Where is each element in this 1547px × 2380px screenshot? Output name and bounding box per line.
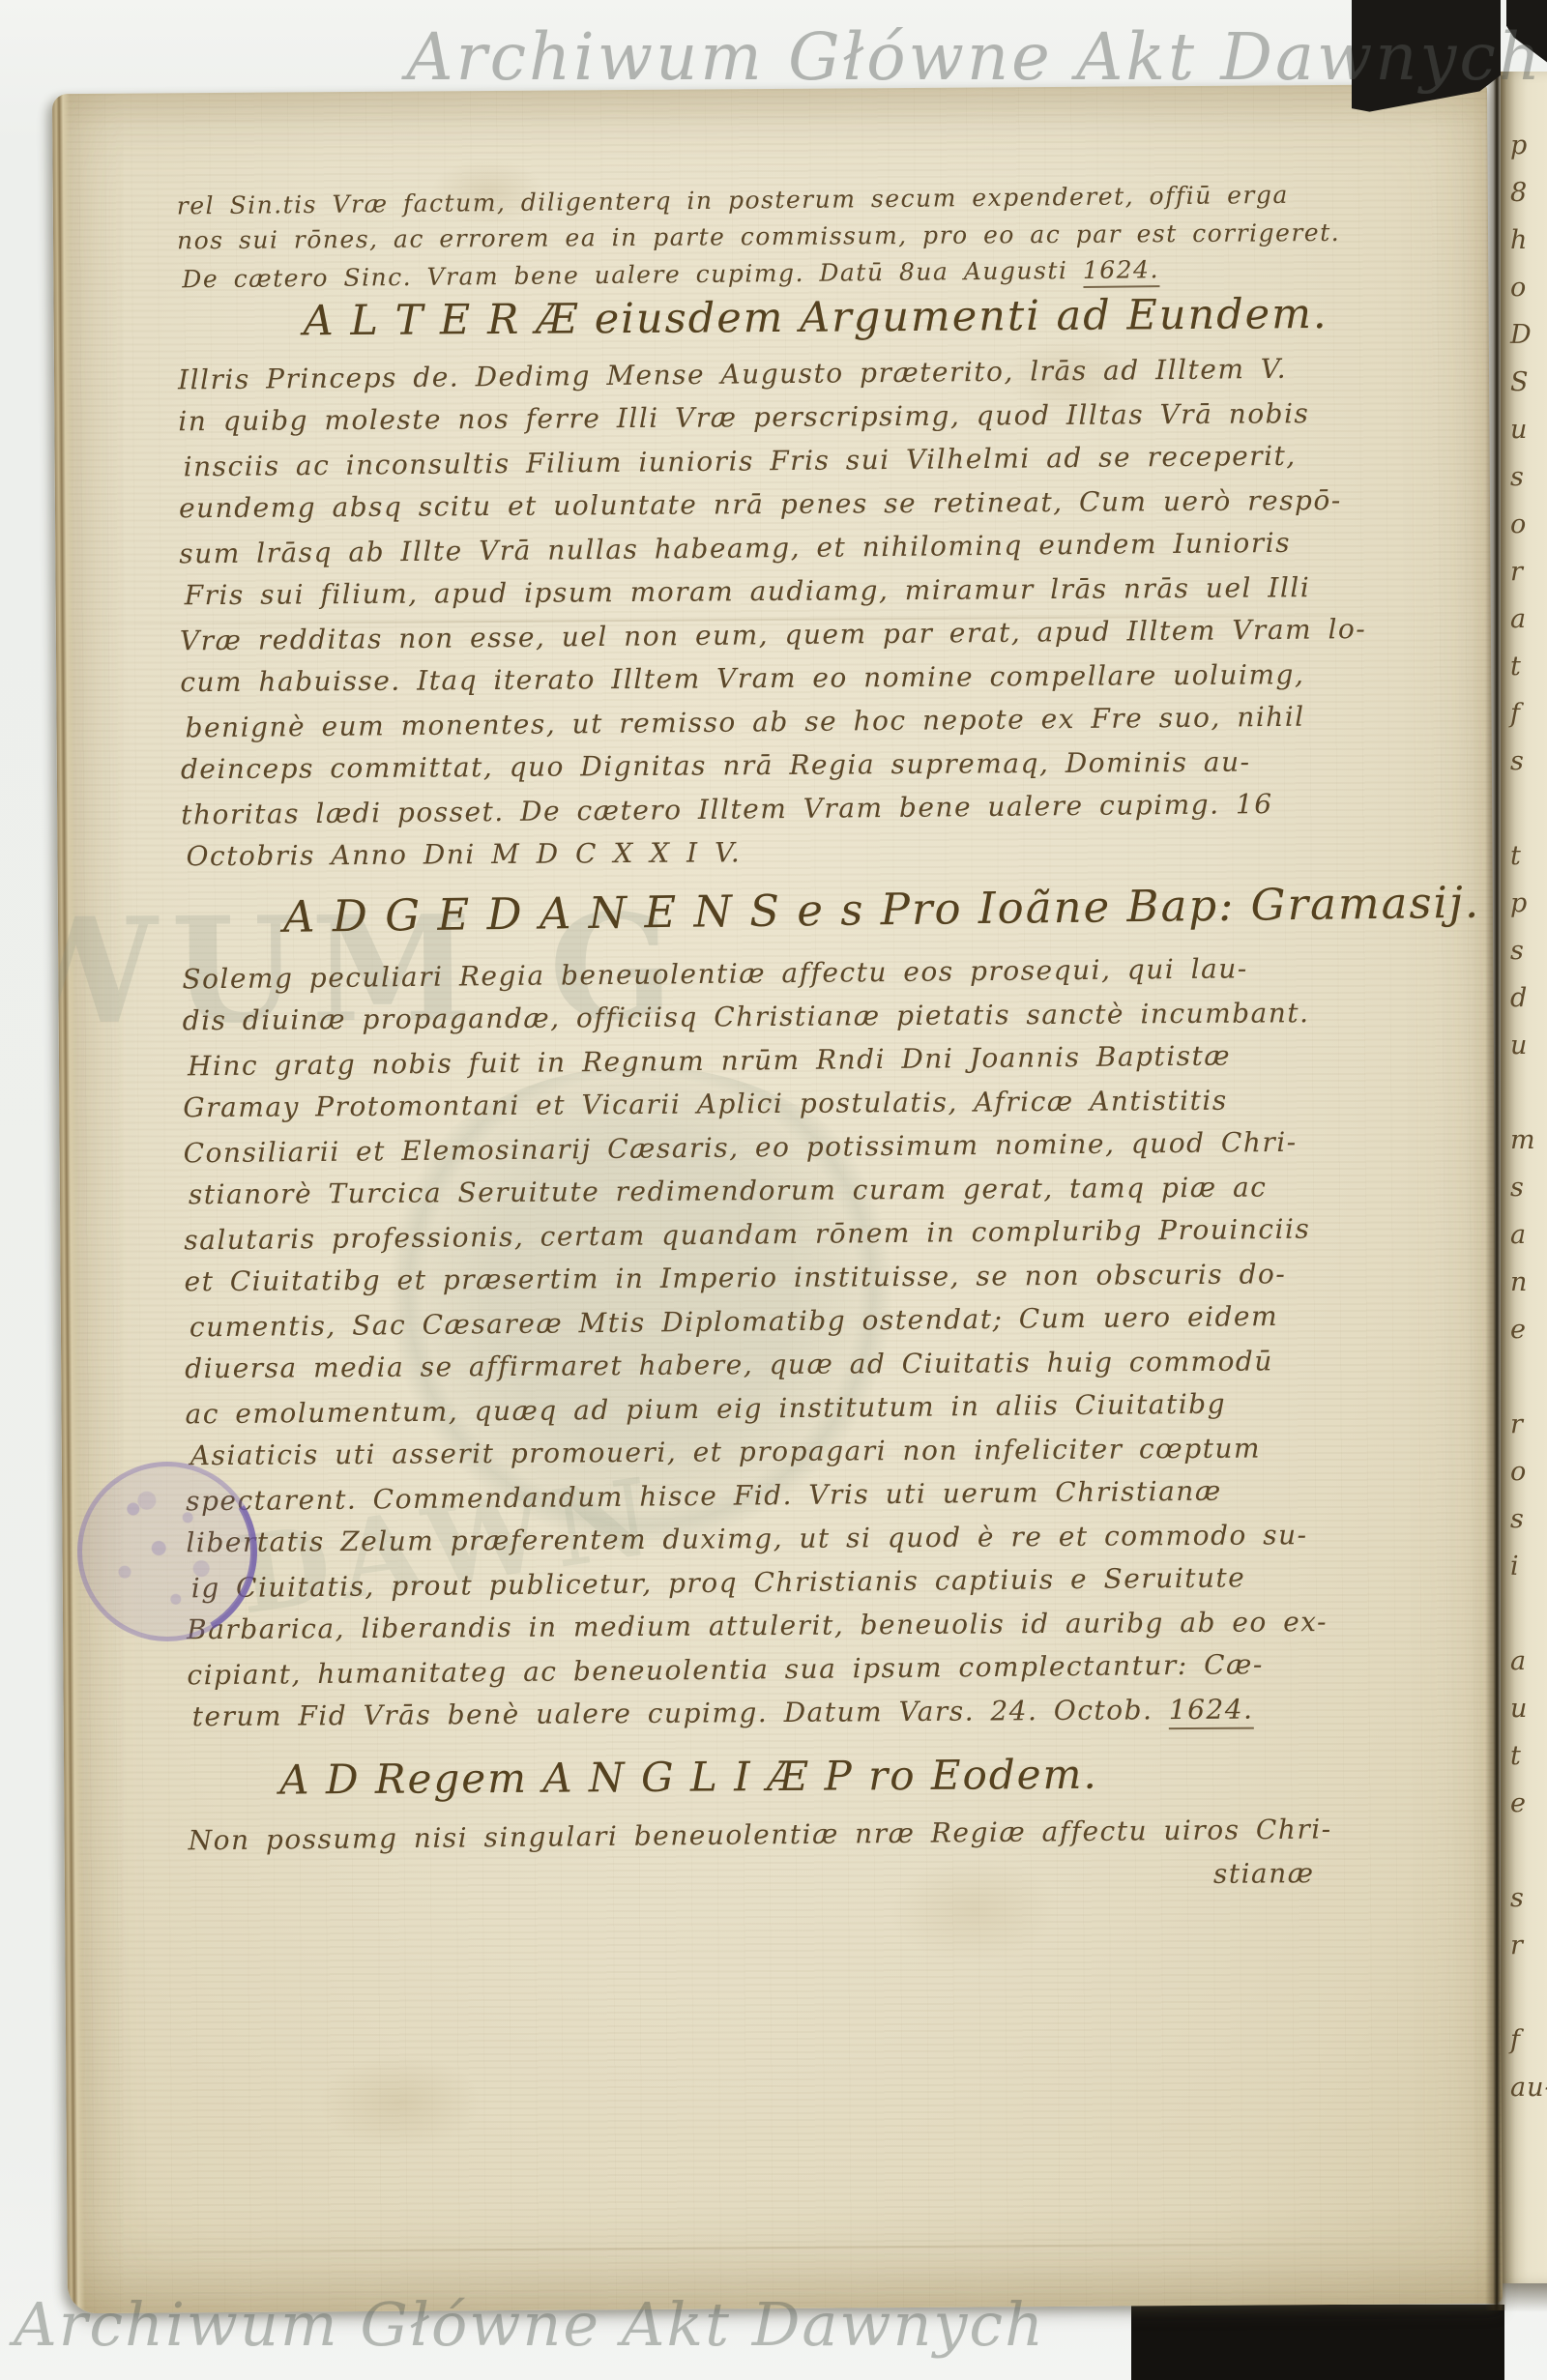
right-page-fragment: o	[1510, 264, 1547, 311]
manuscript-block: Illris Princeps de. Dedimg Mense Augusto…	[178, 347, 1493, 878]
right-page-fragment	[1510, 1353, 1547, 1401]
right-page-fragment: t	[1510, 832, 1547, 880]
right-page-fragment: f	[1510, 2017, 1547, 2064]
black-strap-bottom	[1131, 2305, 1504, 2380]
right-page-fragment: au-	[1510, 2064, 1547, 2111]
manuscript-line: stianæ	[1213, 1851, 1500, 1896]
underlined-date: 1624.	[1083, 255, 1159, 288]
right-page-fragment: a	[1510, 595, 1547, 643]
paper-crease	[68, 2242, 1503, 2253]
right-page-fragment	[1510, 1590, 1547, 1638]
archival-scan-root: { "archive": { "watermark_text": "Archiw…	[0, 0, 1547, 2380]
right-page-fragment: s	[1510, 927, 1547, 974]
next-page-edge: p8hoDSusoratfstpsdumsanerosiautesrfau-	[1501, 72, 1547, 2283]
right-page-fragment: f	[1510, 690, 1547, 738]
manuscript-heading: A L T E R Æ eiusdem Argumenti ad Eundem.	[303, 287, 1488, 348]
watermark-top: Archiwum Główne Akt Dawnych	[406, 19, 1543, 95]
right-page-fragment: s	[1510, 1495, 1547, 1543]
right-page-fragment: h	[1510, 217, 1547, 264]
right-page-fragment: i	[1510, 1543, 1547, 1590]
manuscript-block: Solemg peculiari Regia beneuolentiæ affe…	[182, 946, 1499, 1738]
right-page-fragment: o	[1510, 501, 1547, 548]
book-gutter	[1485, 75, 1506, 2310]
right-page-fragment: s	[1510, 453, 1547, 501]
next-page-shadow	[1501, 2283, 1547, 2312]
right-page-fragment: r	[1510, 548, 1547, 595]
right-page-fragment	[1510, 785, 1547, 832]
right-page-fragment: S	[1510, 359, 1547, 406]
right-page-fragment: m	[1510, 1117, 1547, 1164]
watermark-bottom: Archiwum Główne Akt Dawnych	[14, 2289, 1045, 2360]
right-page-fragment	[1510, 1069, 1547, 1117]
right-page-fragment: o	[1510, 1448, 1547, 1495]
right-page-fragment: t	[1510, 643, 1547, 690]
right-page-fragment: e	[1510, 1780, 1547, 1827]
right-page-fragment: t	[1510, 1732, 1547, 1780]
right-page-fragment: s	[1510, 738, 1547, 785]
foxing-spot	[317, 2053, 482, 2151]
right-page-fragment: p	[1510, 122, 1547, 169]
manuscript-heading: A D G E D A N E N S e s Pro Ioãne Bap: G…	[283, 872, 1494, 948]
manuscript-page: IWUM G DAWN rel Sin.tis Vræ factum, dili…	[52, 84, 1503, 2313]
right-page-fragments: p8hoDSusoratfstpsdumsanerosiautesrfau-	[1510, 122, 1547, 2111]
right-page-fragment: r	[1510, 1401, 1547, 1448]
right-page-fragment: a	[1510, 1211, 1547, 1259]
right-page-fragment: s	[1510, 1874, 1547, 1922]
right-page-fragment: e	[1510, 1306, 1547, 1353]
right-page-fragment: 8	[1510, 169, 1547, 217]
right-page-fragment: a	[1510, 1638, 1547, 1685]
right-page-fragment: u	[1510, 1022, 1547, 1069]
right-page-fragment: r	[1510, 1922, 1547, 1969]
right-page-fragment: u	[1510, 406, 1547, 453]
right-page-fragment: n	[1510, 1259, 1547, 1306]
manuscript-heading: A D Regem A N G L I Æ P ro Eodem.	[279, 1743, 1499, 1810]
right-page-fragment	[1510, 1827, 1547, 1874]
right-page-fragment: p	[1510, 880, 1547, 927]
manuscript-block: Non possumg nisi singulari beneuolentiæ …	[188, 1809, 1500, 1902]
underlined-date: 1624.	[1169, 1694, 1254, 1730]
right-page-fragment	[1510, 1969, 1547, 2017]
manuscript: rel Sin.tis Vræ factum, diligenterq in p…	[177, 177, 1500, 1902]
right-page-fragment: s	[1510, 1164, 1547, 1211]
manuscript-block: rel Sin.tis Vræ factum, diligenterq in p…	[177, 177, 1489, 296]
right-page-fragment: d	[1510, 974, 1547, 1022]
right-page-fragment: D	[1510, 311, 1547, 359]
right-page-fragment: u	[1510, 1685, 1547, 1732]
archive-round-stamp	[77, 1462, 257, 1641]
